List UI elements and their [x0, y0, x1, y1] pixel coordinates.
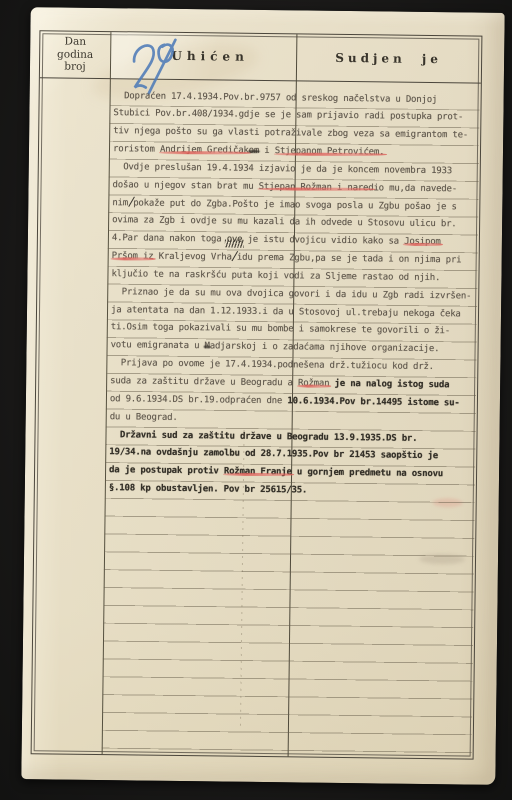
- paper-sheet: Dan godina broj Uhićen Sudjen je 20 Dopr…: [21, 7, 504, 785]
- header-cell-sudjen-je: Sudjen je: [296, 34, 482, 82]
- register-form-table: Dan godina broj Uhićen Sudjen je 20 Dopr…: [31, 30, 483, 759]
- typed-lines: Dopraćen 17.4.1934.Pov.br.9757 od sresko…: [105, 88, 482, 503]
- header-cell-dan-godina-broj: Dan godina broj: [40, 31, 111, 78]
- scanned-document-photo: { "document": { "kind": "typewritten dos…: [0, 0, 512, 800]
